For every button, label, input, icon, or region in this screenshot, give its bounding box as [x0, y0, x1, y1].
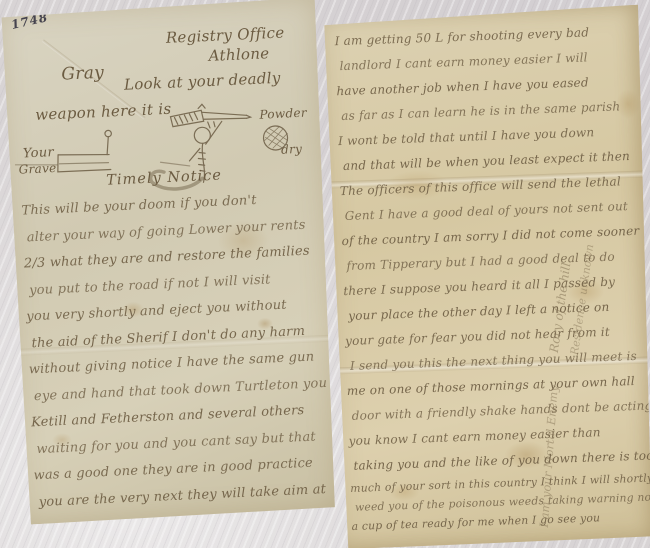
intro-line-1: Look at your deadly [124, 69, 281, 94]
intro-line-2: weapon here it is [35, 100, 172, 124]
dry-label: dry [281, 142, 303, 157]
timely-notice-title: Timely Notice [106, 167, 222, 188]
letter-page-2: I am getting 50 L for shooting every bad… [321, 5, 650, 548]
letter-page-1: 1748 Registry Office Athlone Gray Look a… [0, 0, 339, 525]
powder-label: Powder [259, 106, 307, 122]
page1-body-text: This will be your doom if you don'talter… [21, 185, 335, 516]
musket-drawing [170, 102, 251, 130]
salutation-gray: Gray [61, 63, 105, 85]
athlone-line: Athlone [192, 42, 285, 66]
page2-body-text: I am getting 50 L for shooting every bad… [334, 19, 650, 536]
grave-label: Grave [18, 161, 56, 177]
your-label: Your [23, 145, 55, 161]
registry-office-header: Registry Office Athlone [165, 22, 285, 67]
